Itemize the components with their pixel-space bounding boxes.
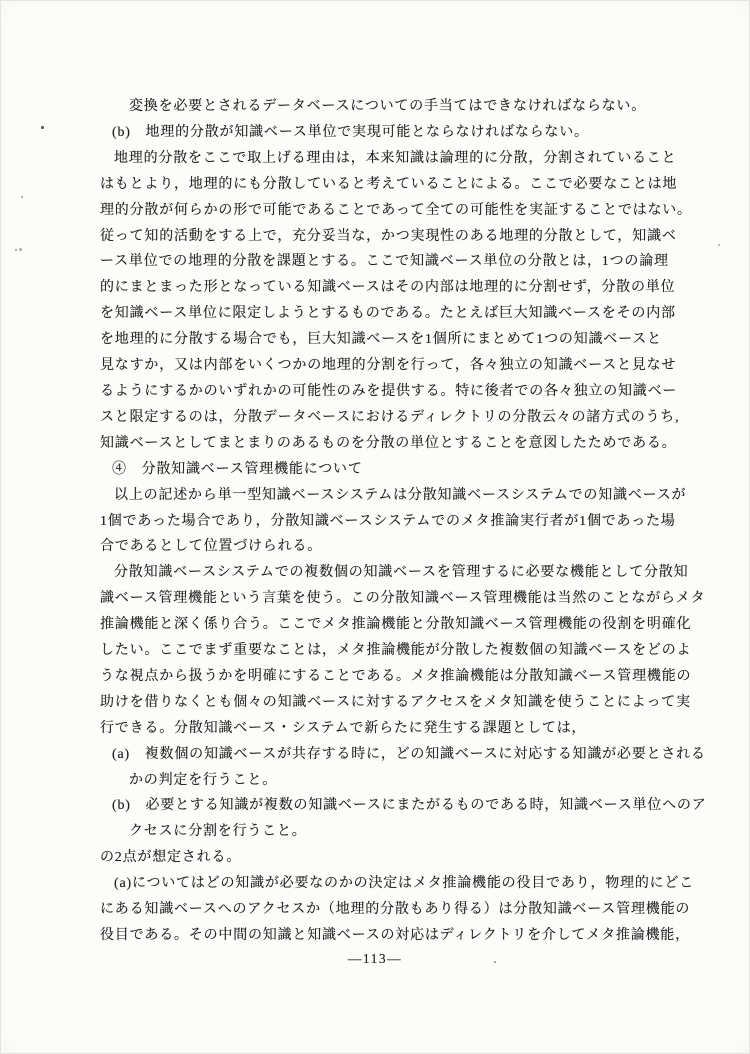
text-line: 見なすか，又は内部をいくつかの地理的分割を行って，各々独立の知識ベースと見なせ bbox=[100, 353, 715, 379]
scan-speck bbox=[41, 126, 44, 129]
text-line: クセスに分割を行うこと。 bbox=[100, 819, 715, 845]
document-page: 変換を必要とされるデータベースについての手当てはできなければならない。(b) 地… bbox=[0, 0, 750, 1054]
scan-speck bbox=[19, 248, 22, 251]
text-line: 分散知識ベースシステムでの複数個の知識ベースを管理するに必要な機能として分散知 bbox=[100, 560, 715, 586]
text-line: 変換を必要とされるデータベースについての手当てはできなければならない。 bbox=[100, 94, 715, 120]
text-line: 合であるとして位置づけられる。 bbox=[100, 534, 715, 560]
text-line: かの判定を行うこと。 bbox=[100, 768, 715, 794]
page-number: —113— bbox=[0, 951, 750, 967]
text-line: ④ 分散知識ベース管理機能について bbox=[100, 457, 715, 483]
text-line: したい。ここでまず重要なことは，メタ推論機能が分散した複数個の知識ベースをどのよ bbox=[100, 638, 715, 664]
text-line: (b) 必要とする知識が複数の知識ベースにまたがるものである時，知識ベース単位へ… bbox=[100, 793, 715, 819]
text-line: を地理的に分散する場合でも，巨大知識ベースを1個所にまとめて1つの知識ベースと bbox=[100, 327, 715, 353]
text-line: はもとより，地理的にも分散していると考えていることによる。ここで必要なことは地 bbox=[100, 172, 715, 198]
text-line: 1個であった場合であり，分散知識ベースシステムでのメタ推論実行者が1個であった場 bbox=[100, 509, 715, 535]
scan-speck bbox=[21, 196, 23, 198]
scan-speck bbox=[718, 244, 720, 246]
text-line: 推論機能と深く係り合う。ここでメタ推論機能と分散知識ベース管理機能の役割を明確化 bbox=[100, 612, 715, 638]
text-line: (b) 地理的分散が知識ベース単位で実現可能とならなければならない。 bbox=[100, 120, 715, 146]
text-line: 識ベース管理機能という言葉を使う。この分散知識ベース管理機能は当然のことながらメ… bbox=[100, 586, 715, 612]
text-line: 役目である。その中間の知識と知識ベースの対応はディレクトリを介してメタ推論機能， bbox=[100, 923, 715, 949]
scan-speck bbox=[15, 249, 17, 251]
scan-speck bbox=[494, 961, 496, 963]
text-line: 知識ベースとしてまとまりのあるものを分散の単位とすることを意図したためである。 bbox=[100, 431, 715, 457]
text-line: (a) 複数個の知識ベースが共存する時に，どの知識ベースに対応する知識が必要とさ… bbox=[100, 742, 715, 768]
text-line: スと限定するのは，分散データベースにおけるディレクトリの分散云々の諸方式のうち, bbox=[100, 405, 715, 431]
text-line: 以上の記述から単一型知識ベースシステムは分散知識ベースシステムでの知識ベースが bbox=[100, 483, 715, 509]
text-line: 助けを借りなくとも個々の知識ベースに対するアクセスをメタ知識を使うことによって実 bbox=[100, 690, 715, 716]
text-line: を知識ベース単位に限定しようとするものである。たとえば巨大知識ベースをその内部 bbox=[100, 301, 715, 327]
text-line: 理的分散が何らかの形で可能であることであって全ての可能性を実証することではない。 bbox=[100, 198, 715, 224]
page-text: 変換を必要とされるデータベースについての手当てはできなければならない。(b) 地… bbox=[100, 94, 715, 949]
text-line: (a)についてはどの知識が必要なのかの決定はメタ推論機能の役目であり，物理的にど… bbox=[100, 871, 715, 897]
text-line: にある知識ベースへのアクセスか（地理的分散もあり得る）は分散知識ベース管理機能の bbox=[100, 897, 715, 923]
text-line: ース単位での地理的分散を課題とする。ここで知識ベース単位の分散とは，1つの論理 bbox=[100, 249, 715, 275]
text-line: の2点が想定される。 bbox=[100, 845, 715, 871]
text-line: 的にまとまった形となっている知識ベースはその内部は地理的に分割せず，分散の単位 bbox=[100, 275, 715, 301]
text-line: 従って知的活動をする上で，充分妥当な，かつ実現性のある地理的分散として，知識ベ bbox=[100, 224, 715, 250]
text-line: 地理的分散をここで取上げる理由は，本来知識は論理的に分散，分割されていること bbox=[100, 146, 715, 172]
text-line: 行できる。分散知識ベース・システムで新らたに発生する課題としては， bbox=[100, 716, 715, 742]
text-line: うな視点から扱うかを明確にすることである。メタ推論機能は分散知識ベース管理機能の bbox=[100, 664, 715, 690]
text-line: るようにするかのいずれかの可能性のみを提供する。特に後者での各々独立の知識ベー bbox=[100, 379, 715, 405]
